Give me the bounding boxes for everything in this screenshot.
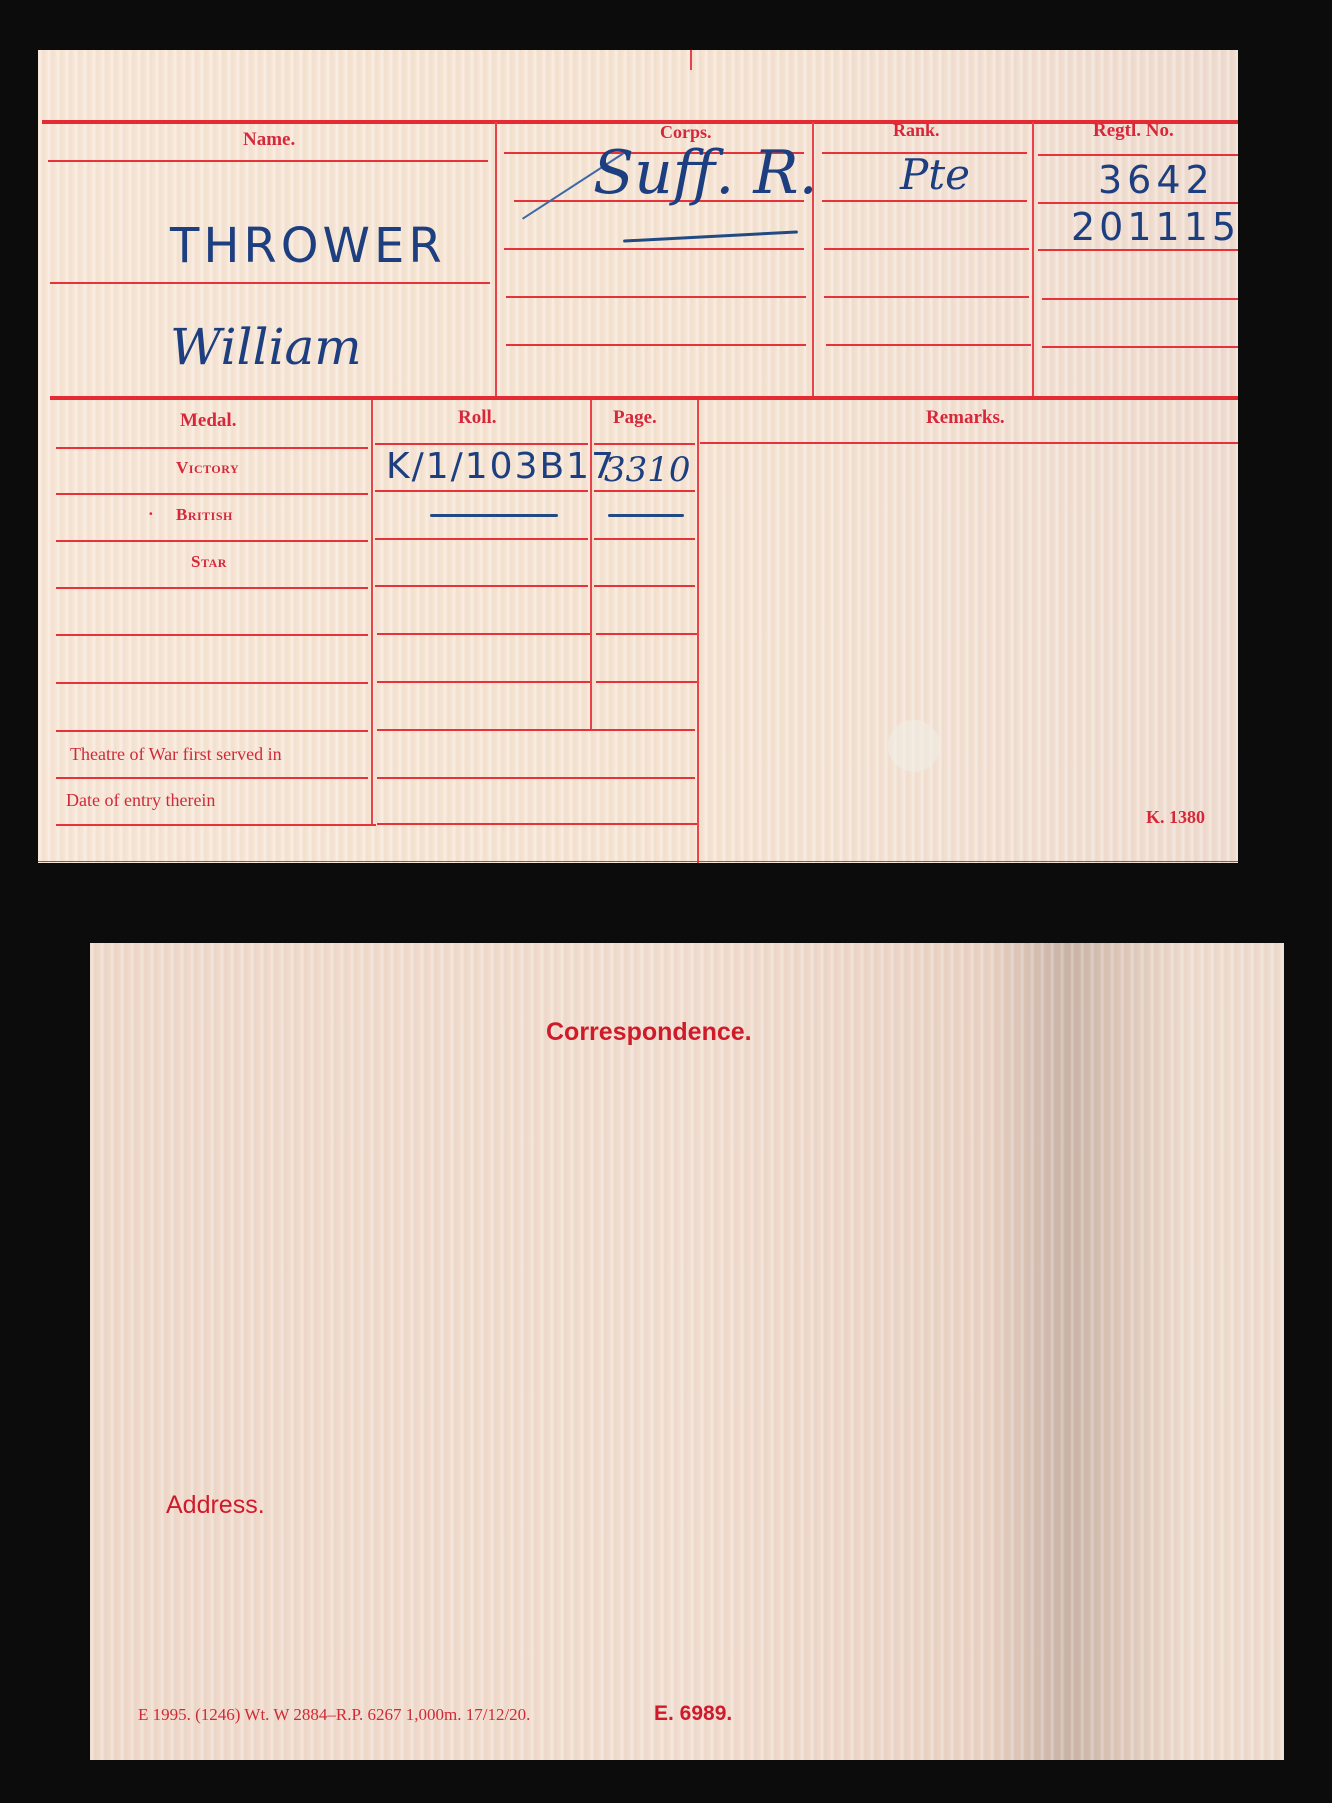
- printer-imprint: E 1995. (1246) Wt. W 2884–R.P. 6267 1,00…: [138, 1705, 530, 1725]
- roll-header: Roll.: [458, 407, 497, 429]
- forename-entry: William: [170, 318, 362, 376]
- regtl-number-2: 201115: [1071, 205, 1240, 249]
- rank-line-5: [826, 344, 1031, 346]
- roll-line-2: [375, 490, 588, 492]
- medal-star: Star: [191, 552, 227, 572]
- roll-line-8: [377, 777, 695, 779]
- top-tick-mark: [690, 50, 692, 70]
- rank-line-4: [824, 296, 1029, 298]
- medal-line-4: [56, 587, 368, 589]
- regtl-line-4: [1042, 298, 1238, 300]
- name-header: Name.: [243, 129, 295, 151]
- medal-line-3: [56, 540, 368, 542]
- corps-entry: Suff. R.: [593, 138, 818, 208]
- medal-victory: Victory: [176, 458, 239, 478]
- corps-line-3: [504, 248, 804, 250]
- rank-header: Rank.: [893, 120, 940, 141]
- middle-rule: [50, 396, 1238, 400]
- medal-line-5: [56, 634, 368, 636]
- victory-roll-entry: K/1/103B17: [386, 446, 616, 487]
- page-line-2: [594, 490, 695, 492]
- page-line-6: [596, 681, 697, 683]
- medal-british: British: [176, 505, 233, 525]
- medal-header: Medal.: [180, 410, 236, 432]
- surname-entry: THROWER: [170, 218, 446, 274]
- correspondence-label: Correspondence.: [546, 1018, 752, 1047]
- page-remarks-divider: [697, 400, 699, 863]
- date-of-entry-label: Date of entry therein: [66, 790, 215, 811]
- rank-regtl-divider: [1032, 122, 1034, 399]
- bottom-edge: [38, 861, 1238, 862]
- roll-line-4: [375, 585, 588, 587]
- name-line-1: [50, 282, 490, 284]
- regtl-line-3: [1038, 249, 1238, 251]
- medal-line-1: [56, 447, 368, 449]
- roll-line-1: [375, 443, 588, 445]
- address-label: Address.: [166, 1491, 265, 1520]
- medal-card-front: Name. Corps. Rank. Regtl. No. THROWER Wi…: [38, 50, 1238, 863]
- page-line-1: [594, 443, 695, 445]
- top-rule: [42, 120, 1238, 124]
- british-roll-ditto-stroke: [430, 514, 558, 517]
- medal-roll-divider: [371, 400, 373, 825]
- page-line-3: [594, 538, 695, 540]
- regtl-line-2: [1038, 202, 1238, 204]
- page-line-4: [594, 585, 695, 587]
- rank-entry: Pte: [900, 150, 970, 199]
- roll-line-6: [377, 681, 590, 683]
- corps-underline: [623, 230, 798, 242]
- medal-line-8: [56, 777, 368, 779]
- imprint-code: E. 6989.: [654, 1702, 732, 1726]
- corps-line-4: [506, 296, 806, 298]
- medal-line-6: [56, 682, 368, 684]
- rank-line-3: [824, 248, 1029, 250]
- remarks-line: [700, 442, 1238, 444]
- name-header-line: [48, 160, 488, 162]
- victory-page-entry: 3310: [604, 450, 691, 490]
- paper-stain: [888, 720, 940, 772]
- rank-line-2: [822, 200, 1027, 202]
- form-code: K. 1380: [1146, 807, 1205, 828]
- roll-line-5: [377, 633, 590, 635]
- medal-line-7: [56, 730, 368, 732]
- medal-card-back: Correspondence. Address. E 1995. (1246) …: [90, 943, 1284, 1760]
- british-page-ditto-stroke: [608, 514, 684, 517]
- regtl-line-5: [1042, 346, 1238, 348]
- medal-bullet: ·: [148, 504, 154, 524]
- medal-line-9: [56, 824, 376, 826]
- regtl-no-header: Regtl. No.: [1093, 120, 1174, 142]
- page-header: Page.: [613, 407, 657, 429]
- regtl-line-1: [1038, 154, 1238, 156]
- roll-line-7: [377, 729, 695, 731]
- roll-line-9: [377, 823, 697, 825]
- name-corps-divider: [495, 122, 497, 399]
- medal-line-2: [56, 493, 368, 495]
- regtl-number-1: 3642: [1098, 158, 1215, 202]
- roll-line-3: [375, 538, 588, 540]
- page-line-5: [596, 633, 697, 635]
- theatre-of-war-label: Theatre of War first served in: [70, 744, 282, 765]
- corps-line-5: [506, 344, 806, 346]
- remarks-header: Remarks.: [926, 407, 1005, 429]
